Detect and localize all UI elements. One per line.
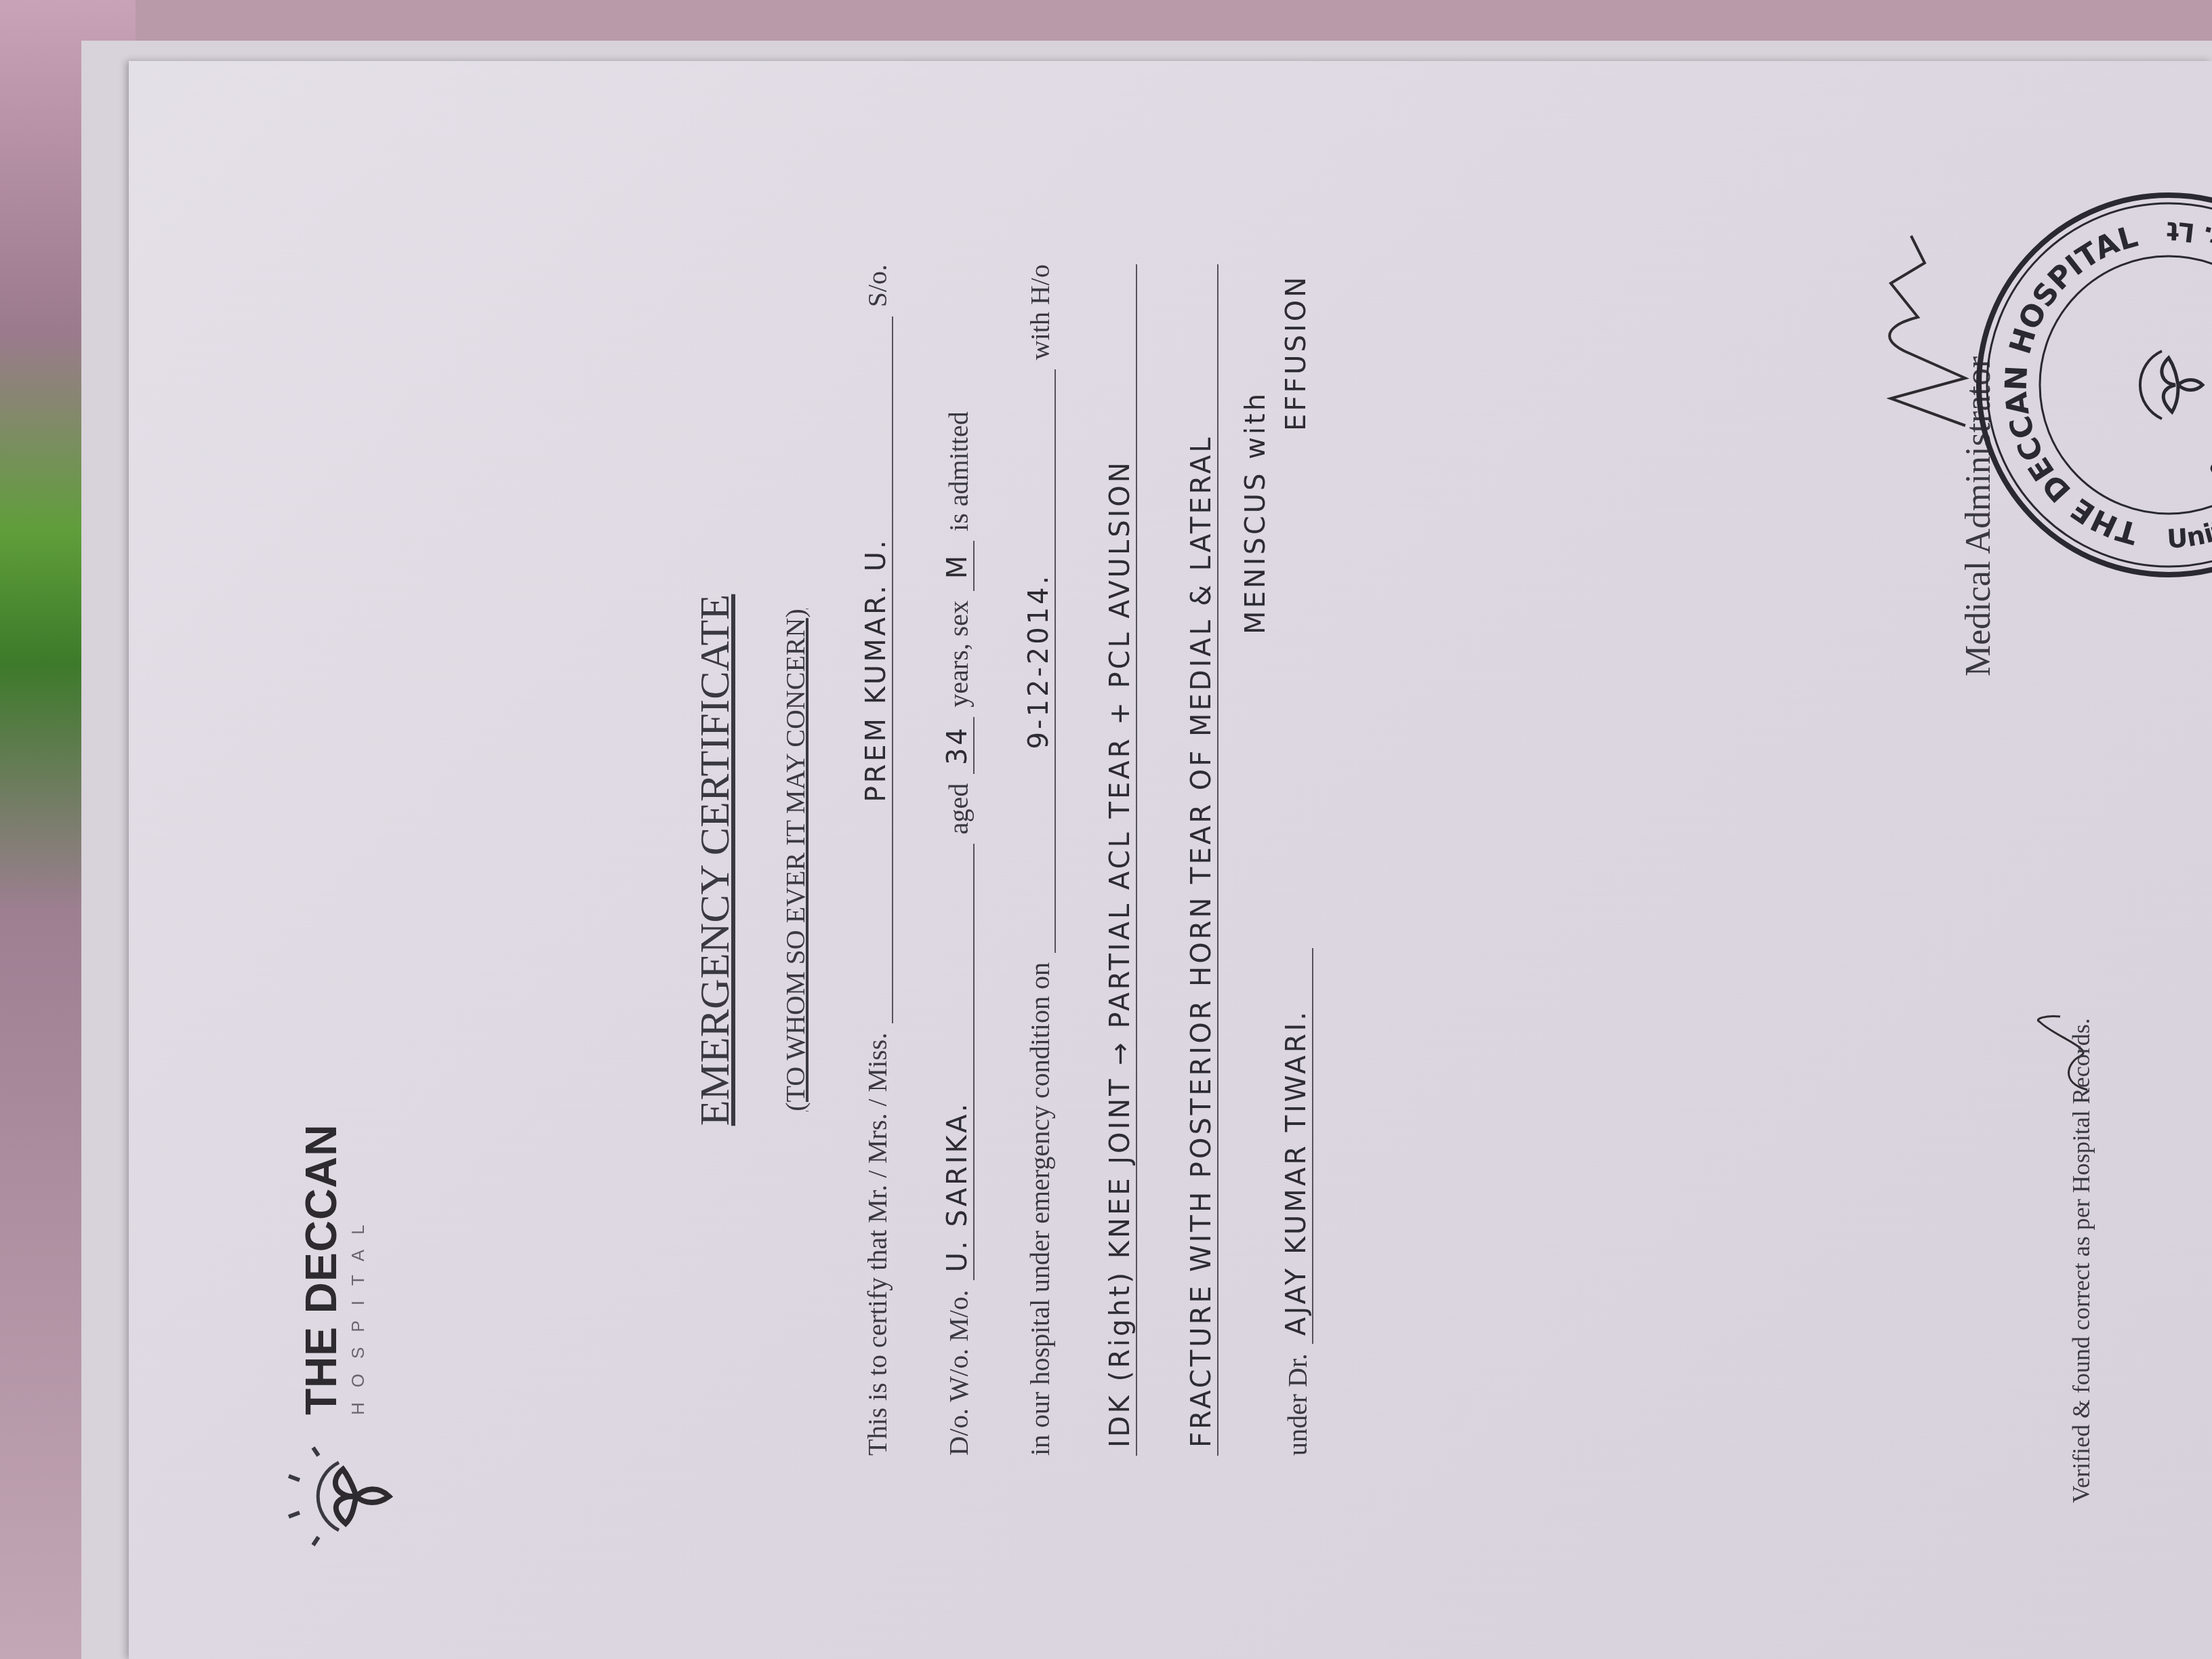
hospital-name: THE DECCAN [296, 1124, 346, 1415]
history-line-2: FRACTURE WITH POSTERIOR HORN TEAR OF MED… [1186, 264, 1218, 1456]
certify-line: This is to certify that Mr. / Mrs. / Mis… [861, 264, 893, 1456]
relation-name-field: U. SARIKA. [942, 844, 975, 1280]
hospital-subtitle: HOSPITAL [348, 1124, 369, 1415]
years-sex-label: years, sex [943, 600, 975, 708]
doctor-line: under Dr. AJAY KUMAR TIWARI. [1281, 264, 1313, 1456]
document-content: THE DECCAN HOSPITAL EMERGENCY CERTIFICAT… [129, 61, 2212, 1659]
admission-line: in our hospital under emergency conditio… [1023, 264, 1056, 1456]
history-field-1: IDK (Right) KNEE JOINT → PARTIAL ACL TEA… [1105, 264, 1137, 1456]
history-field-3: MENISCUS with [1240, 383, 1271, 642]
history-line-1: IDK (Right) KNEE JOINT → PARTIAL ACL TEA… [1105, 264, 1137, 1456]
admitted-label: is admitted [943, 411, 975, 531]
relation-line: D/o. W/o. M/o. U. SARIKA. aged 34 years,… [942, 264, 975, 1456]
certificate-subtitle: (TO WHOM SO EVER IT MAY CONCERN) [779, 61, 811, 1659]
doctor-name-field: AJAY KUMAR TIWARI. [1281, 948, 1313, 1344]
svg-text:Somajiguda, Hyd.: Somajiguda, Hyd. [2205, 282, 2212, 488]
admission-date-field: 9-12-2014. [1023, 369, 1056, 953]
certificate-title: EMERGENCY CERTIFICATE [691, 61, 739, 1659]
age-field: 34 [942, 717, 975, 774]
hospital-stamp: THE DECCAN HOSPITAL A Unit of Park Healt… [1965, 182, 2212, 588]
relation-label: D/o. W/o. M/o. [943, 1290, 975, 1456]
verified-text: Verified & found correct as per Hospital… [2067, 1018, 2095, 1503]
aged-label: aged [943, 783, 975, 835]
history-field-2: FRACTURE WITH POSTERIOR HORN TEAR OF MED… [1186, 264, 1218, 1456]
son-of-label: S/o. [861, 264, 893, 307]
sex-field: M [942, 541, 975, 591]
history-line-3: MENISCUS with [1240, 264, 1271, 642]
butterfly-sun-icon [264, 1429, 400, 1564]
stamp-inner-text: Somajiguda, Hyd. [2205, 282, 2212, 488]
emergency-label: in our hospital under emergency conditio… [1024, 962, 1056, 1456]
patient-name-field: PREM KUMAR. U. [861, 316, 893, 1023]
stamp-logo-icon [2140, 351, 2203, 419]
doctor-label: under Dr. [1282, 1353, 1313, 1456]
hospital-logo: THE DECCAN HOSPITAL [264, 1124, 400, 1564]
certify-label: This is to certify that Mr. / Mrs. / Mis… [861, 1033, 893, 1456]
history-label: with H/o [1024, 264, 1056, 360]
certificate-page: THE DECCAN HOSPITAL EMERGENCY CERTIFICAT… [129, 61, 2212, 1659]
